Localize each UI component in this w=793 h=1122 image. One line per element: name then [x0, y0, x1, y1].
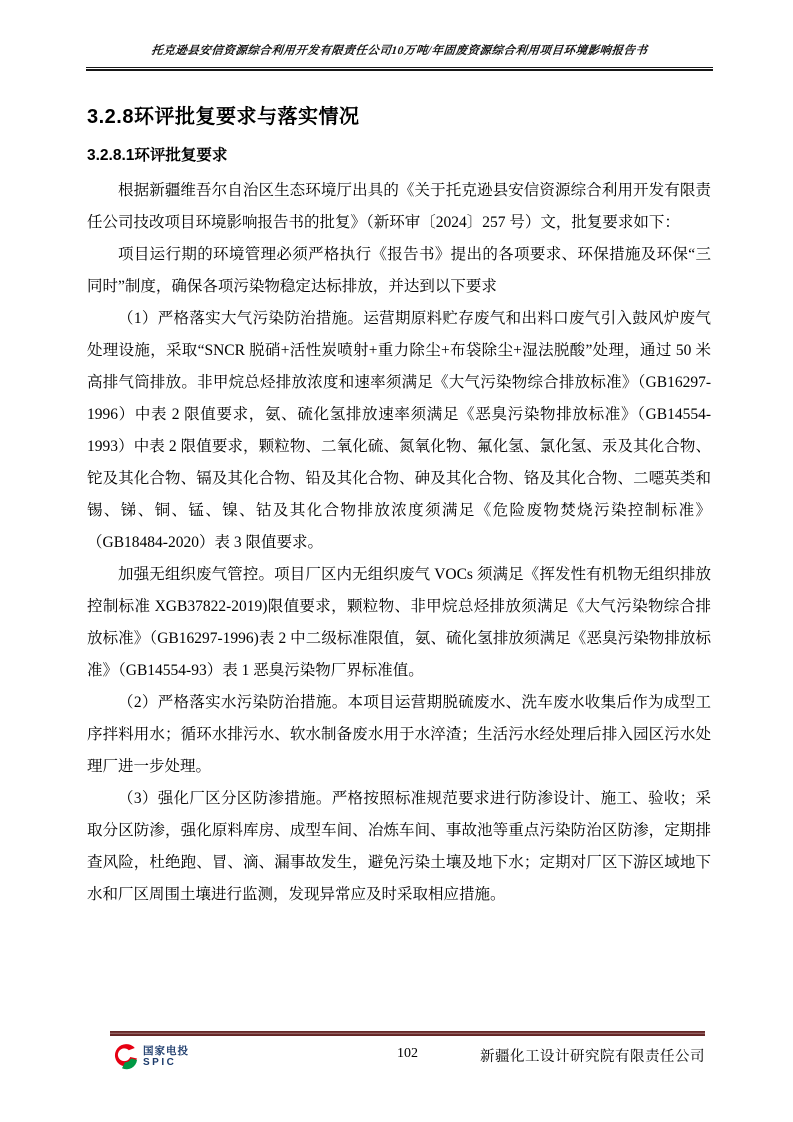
page-footer: 国家电投 SPIC 102 新疆化工设计研究院有限责任公司 [110, 1040, 705, 1080]
paragraph: 项目运行期的环境管理必须严格执行《报告书》提出的各项要求、环保措施及环保“三同时… [87, 239, 711, 303]
paragraph: 加强无组织废气管控。项目厂区内无组织废气 VOCs 须满足《挥发性有机物无组织排… [87, 559, 711, 687]
paragraph: 根据新疆维吾尔自治区生态环境厅出具的《关于托克逊县安信资源综合利用开发有限责任公… [87, 175, 711, 239]
header-title: 托克逊县安信资源综合利用开发有限责任公司10万吨/年固废资源综合利用项目环境影响… [85, 42, 714, 58]
section-heading: 3.2.8环评批复要求与落实情况 [87, 100, 711, 129]
paragraph: （2）严格落实水污染防治措施。本项目运营期脱硫废水、洗车废水收集后作为成型工序拌… [87, 687, 711, 783]
header-rule [86, 67, 713, 71]
report-page: 托克逊县安信资源综合利用开发有限责任公司10万吨/年固废资源综合利用项目环境影响… [0, 0, 793, 1122]
subsection-heading: 3.2.8.1环评批复要求 [87, 143, 711, 165]
paragraph: （3）强化厂区分区防渗措施。严格按照标准规范要求进行防渗设计、施工、验收；采取分… [87, 783, 711, 911]
footer-company-name: 新疆化工设计研究院有限责任公司 [480, 1045, 705, 1066]
footer-rule [110, 1031, 705, 1036]
document-body: 3.2.8环评批复要求与落实情况 3.2.8.1环评批复要求 根据新疆维吾尔自治… [87, 100, 711, 911]
page-header: 托克逊县安信资源综合利用开发有限责任公司10万吨/年固废资源综合利用项目环境影响… [86, 42, 713, 71]
body-text: 根据新疆维吾尔自治区生态环境厅出具的《关于托克逊县安信资源综合利用开发有限责任公… [87, 175, 711, 911]
paragraph: （1）严格落实大气污染防治措施。运营期原料贮存废气和出料口废气引入鼓风炉废气处理… [87, 303, 711, 559]
